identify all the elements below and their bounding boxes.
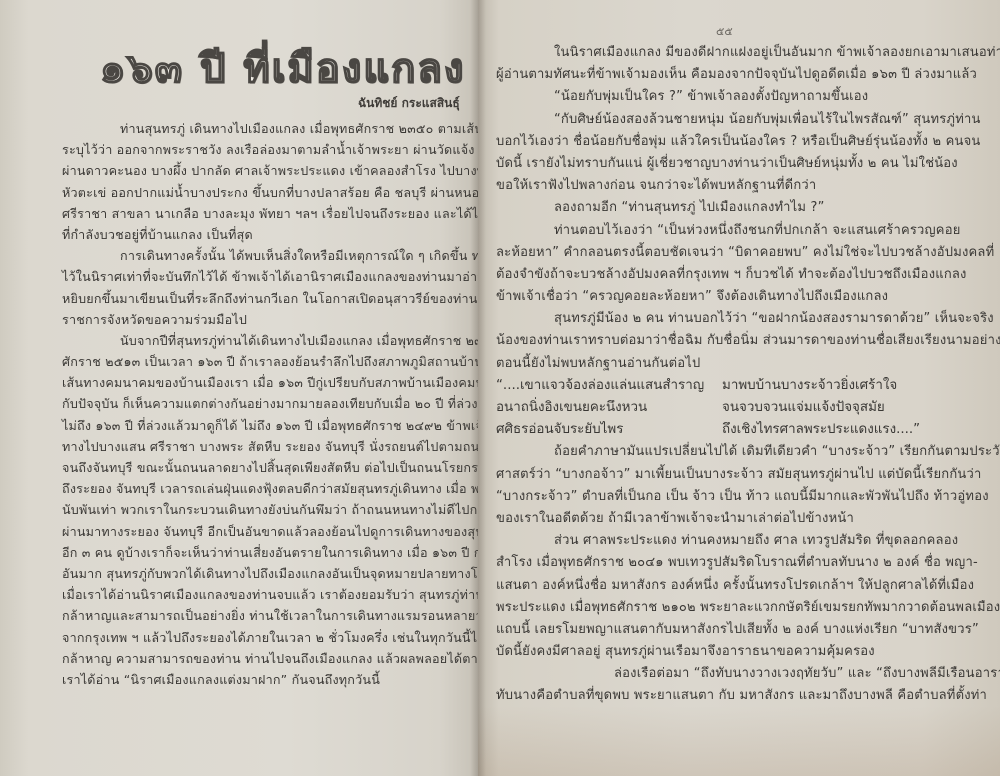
paragraph-line: ข้าพเจ้าเชื่อว่า “ครวญคอยละห้อยหา” จึงต้… bbox=[496, 286, 956, 308]
right-page-body: ในนิราศเมืองแกลง มีของดีฝากแฝงอยู่เป็นอั… bbox=[496, 42, 956, 708]
paragraph-line: กับปัจจุบัน ก็เห็นความแตกต่างกันอย่างมาก… bbox=[62, 393, 478, 414]
paragraph-line: “กับศิษย์น้องสองล้วนชายหนุ่ม น้อยกับพุ่ม… bbox=[496, 109, 956, 131]
paragraph-line: ศักราช ๒๕๑๓ เป็นเวลา ๑๖๓ ปี ถ้าเราลองย้อ… bbox=[62, 351, 478, 372]
paragraph-line: หยิบยกขึ้นมาเขียนเป็นที่ระลึกถึงท่านกวีเ… bbox=[62, 288, 478, 309]
paragraph-line: ไม่ถึง ๑๖๓ ปี ที่ล่วงแล้วมาดูก็ได้ ไม่ถึ… bbox=[62, 415, 478, 436]
paragraph-line: แถบนี้ เลยรโมยพญาแสนตากับมหาสังกรไปเสียท… bbox=[496, 619, 956, 641]
paragraph-line: ระบุไว้ว่า ออกจากพระราชวัง ลงเรือล่องมาต… bbox=[62, 139, 478, 160]
paragraph-line: ส่วน ศาลพระประแดง ท่านคงหมายถึง ศาล เทวร… bbox=[496, 530, 956, 552]
paragraph-line: กล้าหาญและสามารถเป็นอย่างยิ่ง ท่านใช้เวล… bbox=[62, 605, 478, 626]
paragraph-line: เราได้อ่าน “นิราศเมืองแกลงแต่งมาฝาก” กัน… bbox=[62, 669, 478, 690]
page-number: ๕๕ bbox=[716, 22, 733, 40]
paragraph-line: ศาสตร์ว่า “บางกอจ้าว” มาเพี้ยนเป็นบางระจ… bbox=[496, 464, 956, 486]
paragraph-line: ต้องจำขังถ้าจะบวชล้างอัปมงคลที่กรุงเทพ ฯ… bbox=[496, 264, 956, 286]
paragraph-line: แสนตา องค์หนึ่งชื่อ มหาสังกร องค์หนึ่ง ค… bbox=[496, 575, 956, 597]
paragraph-line: สำโรง เมื่อพุทธศักราช ๒๐๔๑ พบเทวรูปสัมริ… bbox=[496, 552, 956, 574]
paragraph-line: ทับนางคือตำบลที่ขุดพบ พระยาแสนตา กับ มหา… bbox=[496, 685, 956, 707]
paragraph-line: บัดนี้ยังคงมีศาลอยู่ สุนทรภู่ผ่านเรือมาจ… bbox=[496, 641, 956, 663]
paragraph-line: ละห้อยหา” คำกลอนตรงนี้ตอบชัดเจนว่า “บิดา… bbox=[496, 242, 956, 264]
paragraph-line: น้องของท่านเราทราบต่อมาว่าชื่อฉิม กับชื่… bbox=[496, 330, 956, 352]
paragraph-line: บอกไว้เองว่า ชื่อน้อยกับชื่อพุ่ม แล้วใคร… bbox=[496, 131, 956, 153]
paragraph-line: ถึงระยอง จันทบุรี เวลารถเล่นฝุ่นแดงฟุ้งต… bbox=[62, 478, 478, 499]
paragraph-line: ถ้อยคำภาษามันแปรเปลี่ยนไปได้ เดิมทีเดียว… bbox=[496, 441, 956, 463]
paragraph-line: อันมาก สุนทรภู่กับพวกได้เดินทางไปถึงเมือ… bbox=[62, 563, 478, 584]
left-page-body: ท่านสุนทรภู่ เดินทางไปเมืองแกลง เมื่อพุท… bbox=[62, 118, 478, 690]
verse-left: ศศิธรอ่อนจับระยับไพร bbox=[496, 419, 722, 441]
verse-right: ถึงเชิงไทรศาลพระประแดงแรง....” bbox=[722, 419, 920, 441]
paragraph-line: ในนิราศเมืองแกลง มีของดีฝากแฝงอยู่เป็นอั… bbox=[496, 42, 956, 64]
article-title: ๑๖๓ ปี ที่เมืองแกลง bbox=[100, 36, 465, 100]
verse-right: จนจวบจวนแจ่มแจ้งปัจจุสมัย bbox=[722, 397, 885, 419]
paragraph-line: เมื่อเราได้อ่านนิราศเมืองแกลงของท่านจบแล… bbox=[62, 584, 478, 605]
paragraph-line: นับพันเท่า พวกเราในกระบวนเดินทางยังบ่นกั… bbox=[62, 499, 478, 520]
verse-line: ศศิธรอ่อนจับระยับไพร ถึงเชิงไทรศาลพระประ… bbox=[496, 419, 956, 441]
paragraph-line: อีก ๓ คน ดูบ้างเราก็จะเห็นว่าท่านเสี่ยงอ… bbox=[62, 542, 478, 563]
paragraph-line: จนถึงจันทบุรี ขณะนั้นถนนลาดยางไปสิ้นสุดเ… bbox=[62, 457, 478, 478]
paragraph-line: ศรีราชา สาขลา นาเกลือ บางละมุง พัทยา ฯลฯ… bbox=[62, 203, 478, 224]
paragraph-line: ผ่านดาวคะนอง บางผึ้ง ปากลัด ศาลเจ้าพระปร… bbox=[62, 160, 478, 181]
verse-line: อนาถนิ่งอิงเขนยคะนึงหวน จนจวบจวนแจ่มแจ้ง… bbox=[496, 397, 956, 419]
paragraph-line: ทางไปบางแสน ศรีราชา บางพระ สัตหีบ ระยอง … bbox=[62, 436, 478, 457]
paragraph-line: ลองถามอีก “ท่านสุนทรภู่ ไปเมืองแกลงทำไม … bbox=[496, 197, 956, 219]
paragraph-line: ตอนนี้ยังไม่พบหลักฐานอ่านกันต่อไป bbox=[496, 353, 956, 375]
paragraph-line: ผ่านมาทางระยอง จันทบุรี อีกเป็นอันขาดแล้… bbox=[62, 521, 478, 542]
paragraph-line: ไว้ในนิราศเท่าที่จะบันทึกไว้ได้ ข้าพเจ้า… bbox=[62, 266, 478, 287]
paragraph-line: ท่านตอบไว้เองว่า “เป็นห่วงหนึ่งถึงชนกที่… bbox=[496, 220, 956, 242]
left-page: ๑๖๓ ปี ที่เมืองแกลง ฉันทิชย์ กระแสสินธุ์… bbox=[0, 0, 478, 776]
paragraph-line: การเดินทางครั้งนั้น ได้พบเห็นสิ่งใดหรือม… bbox=[62, 245, 478, 266]
book-gutter bbox=[470, 0, 486, 776]
paragraph-line: กล้าหาญ ความสามารถของท่าน ท่านไปจนถึงเมื… bbox=[62, 648, 478, 669]
paragraph-line: ผู้อ่านตามทัศนะที่ข้าพเจ้ามองเห็น คือมอง… bbox=[496, 64, 956, 86]
paragraph-line: จากกรุงเทพ ฯ แล้วไปถึงระยองได้ภายในเวลา … bbox=[62, 627, 478, 648]
paragraph-line: พระประแดง เมื่อพุทธศักราช ๒๑๐๒ พระยาละแว… bbox=[496, 597, 956, 619]
paragraph-line: หัวตะเข่ ออกปากแม่น้ำบางประกง ขึ้นบกที่บ… bbox=[62, 182, 478, 203]
verse-right: มาพบบ้านบางระจ้าวยิ่งเศร้าใจ bbox=[722, 375, 897, 397]
author-byline: ฉันทิชย์ กระแสสินธุ์ bbox=[358, 94, 460, 113]
paragraph-line: ราชการจังหวัดขอความร่วมมือไป bbox=[62, 309, 478, 330]
verse-line: “....เขาแจวจ้องล่องแล่นแสนสำราญ มาพบบ้าน… bbox=[496, 375, 956, 397]
paragraph-line: ขอให้เราฟังไปพลางก่อน จนกว่าจะได้พบหลักฐ… bbox=[496, 175, 956, 197]
paragraph-line: ล่องเรือต่อมา “ถึงทับนางวางเวงฤทัยวับ” แ… bbox=[496, 663, 956, 685]
paragraph-line: เส้นทางคมนาคมของบ้านเมืองเรา เมื่อ ๑๖๓ ป… bbox=[62, 372, 478, 393]
book-spread: ๑๖๓ ปี ที่เมืองแกลง ฉันทิชย์ กระแสสินธุ์… bbox=[0, 0, 1000, 776]
paragraph-line: ของเราในอดีตด้วย ถ้ามีเวลาข้าพเจ้าจะนำมา… bbox=[496, 508, 956, 530]
paragraph-line: “บางกระจ้าว” ตำบลที่เป็นกอ เป็น จ้าว เป็… bbox=[496, 486, 956, 508]
paragraph-line: ท่านสุนทรภู่ เดินทางไปเมืองแกลง เมื่อพุท… bbox=[62, 118, 478, 139]
paragraph-line: สุนทรภู่มีน้อง ๒ คน ท่านบอกไว้ว่า “ขอฝาก… bbox=[496, 308, 956, 330]
paragraph-line: บัดนี้ เรายังไม่ทราบกันแน่ ผู้เชี่ยวชาญบ… bbox=[496, 153, 956, 175]
paragraph-line: ที่กำลังบวชอยู่ที่บ้านแกลง เป็นที่สุด bbox=[62, 224, 478, 245]
verse-left: อนาถนิ่งอิงเขนยคะนึงหวน bbox=[496, 397, 722, 419]
verse-left: “....เขาแจวจ้องล่องแล่นแสนสำราญ bbox=[496, 375, 722, 397]
paragraph-line: นับจากปีที่สุนทรภู่ท่านได้เดินทางไปเมือง… bbox=[62, 330, 478, 351]
paragraph-line: “น้อยกับพุ่มเป็นใคร ?” ข้าพเจ้าลองตั้งปั… bbox=[496, 86, 956, 108]
